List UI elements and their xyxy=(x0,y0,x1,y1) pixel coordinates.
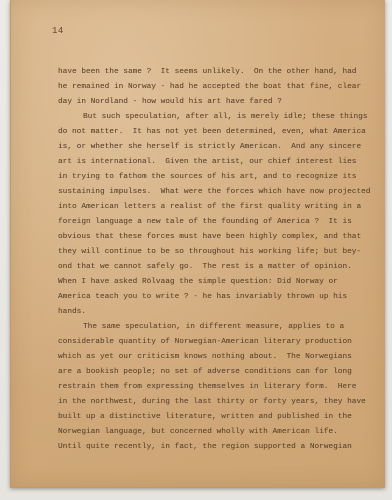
text-line: obvious that these forces must have been… xyxy=(58,230,366,245)
text-line: Norwegian language, but concerned wholly… xyxy=(58,425,366,440)
text-line: America teach you to write ? - he has in… xyxy=(58,290,366,305)
text-line: foreign language a new tale of the found… xyxy=(58,215,366,230)
text-line: considerable quantity of Norwegian-Ameri… xyxy=(58,335,366,350)
typed-text-block: have been the same ? It seems unlikely. … xyxy=(58,65,366,455)
text-line: do not matter. It has not yet been deter… xyxy=(58,125,366,140)
text-line: which as yet our criticism knows nothing… xyxy=(58,350,366,365)
typescript-page: 14 have been the same ? It seems unlikel… xyxy=(10,0,385,488)
text-line: in trying to fathom the sources of his a… xyxy=(58,170,366,185)
text-line: sustaining impulses. What were the force… xyxy=(58,185,366,200)
text-line: art is international. Given the artist, … xyxy=(58,155,366,170)
text-line: are a bookish people; no set of adverse … xyxy=(58,365,366,380)
text-line: have been the same ? It seems unlikely. … xyxy=(58,65,366,80)
paragraph: The same speculation, in different measu… xyxy=(58,320,366,455)
text-line: is, or whether she herself is strictly A… xyxy=(58,140,366,155)
text-line: hands. xyxy=(58,305,366,320)
text-line: into American letters a realist of the f… xyxy=(58,200,366,215)
text-line: day in Nordland - how would his art have… xyxy=(58,95,366,110)
paragraph: have been the same ? It seems unlikely. … xyxy=(58,65,366,110)
text-line: restrain them from expressing themselves… xyxy=(58,380,366,395)
text-line: The same speculation, in different measu… xyxy=(58,320,366,335)
paragraph: But such speculation, after all, is mere… xyxy=(58,110,366,320)
text-line: When I have asked Rölvaag the simple que… xyxy=(58,275,366,290)
text-line: ond that we cannot safely go. The rest i… xyxy=(58,260,366,275)
text-line: he remained in Norway - had he accepted … xyxy=(58,80,366,95)
page-number: 14 xyxy=(52,26,64,36)
text-line: they will continue to be so throughout h… xyxy=(58,245,366,260)
text-line: Until quite recently, in fact, the regio… xyxy=(58,440,366,455)
document-background: 14 have been the same ? It seems unlikel… xyxy=(0,0,392,500)
text-line: in the northwest, during the last thirty… xyxy=(58,395,366,410)
text-line: built up a distinctive literature, writt… xyxy=(58,410,366,425)
text-line: But such speculation, after all, is mere… xyxy=(58,110,366,125)
